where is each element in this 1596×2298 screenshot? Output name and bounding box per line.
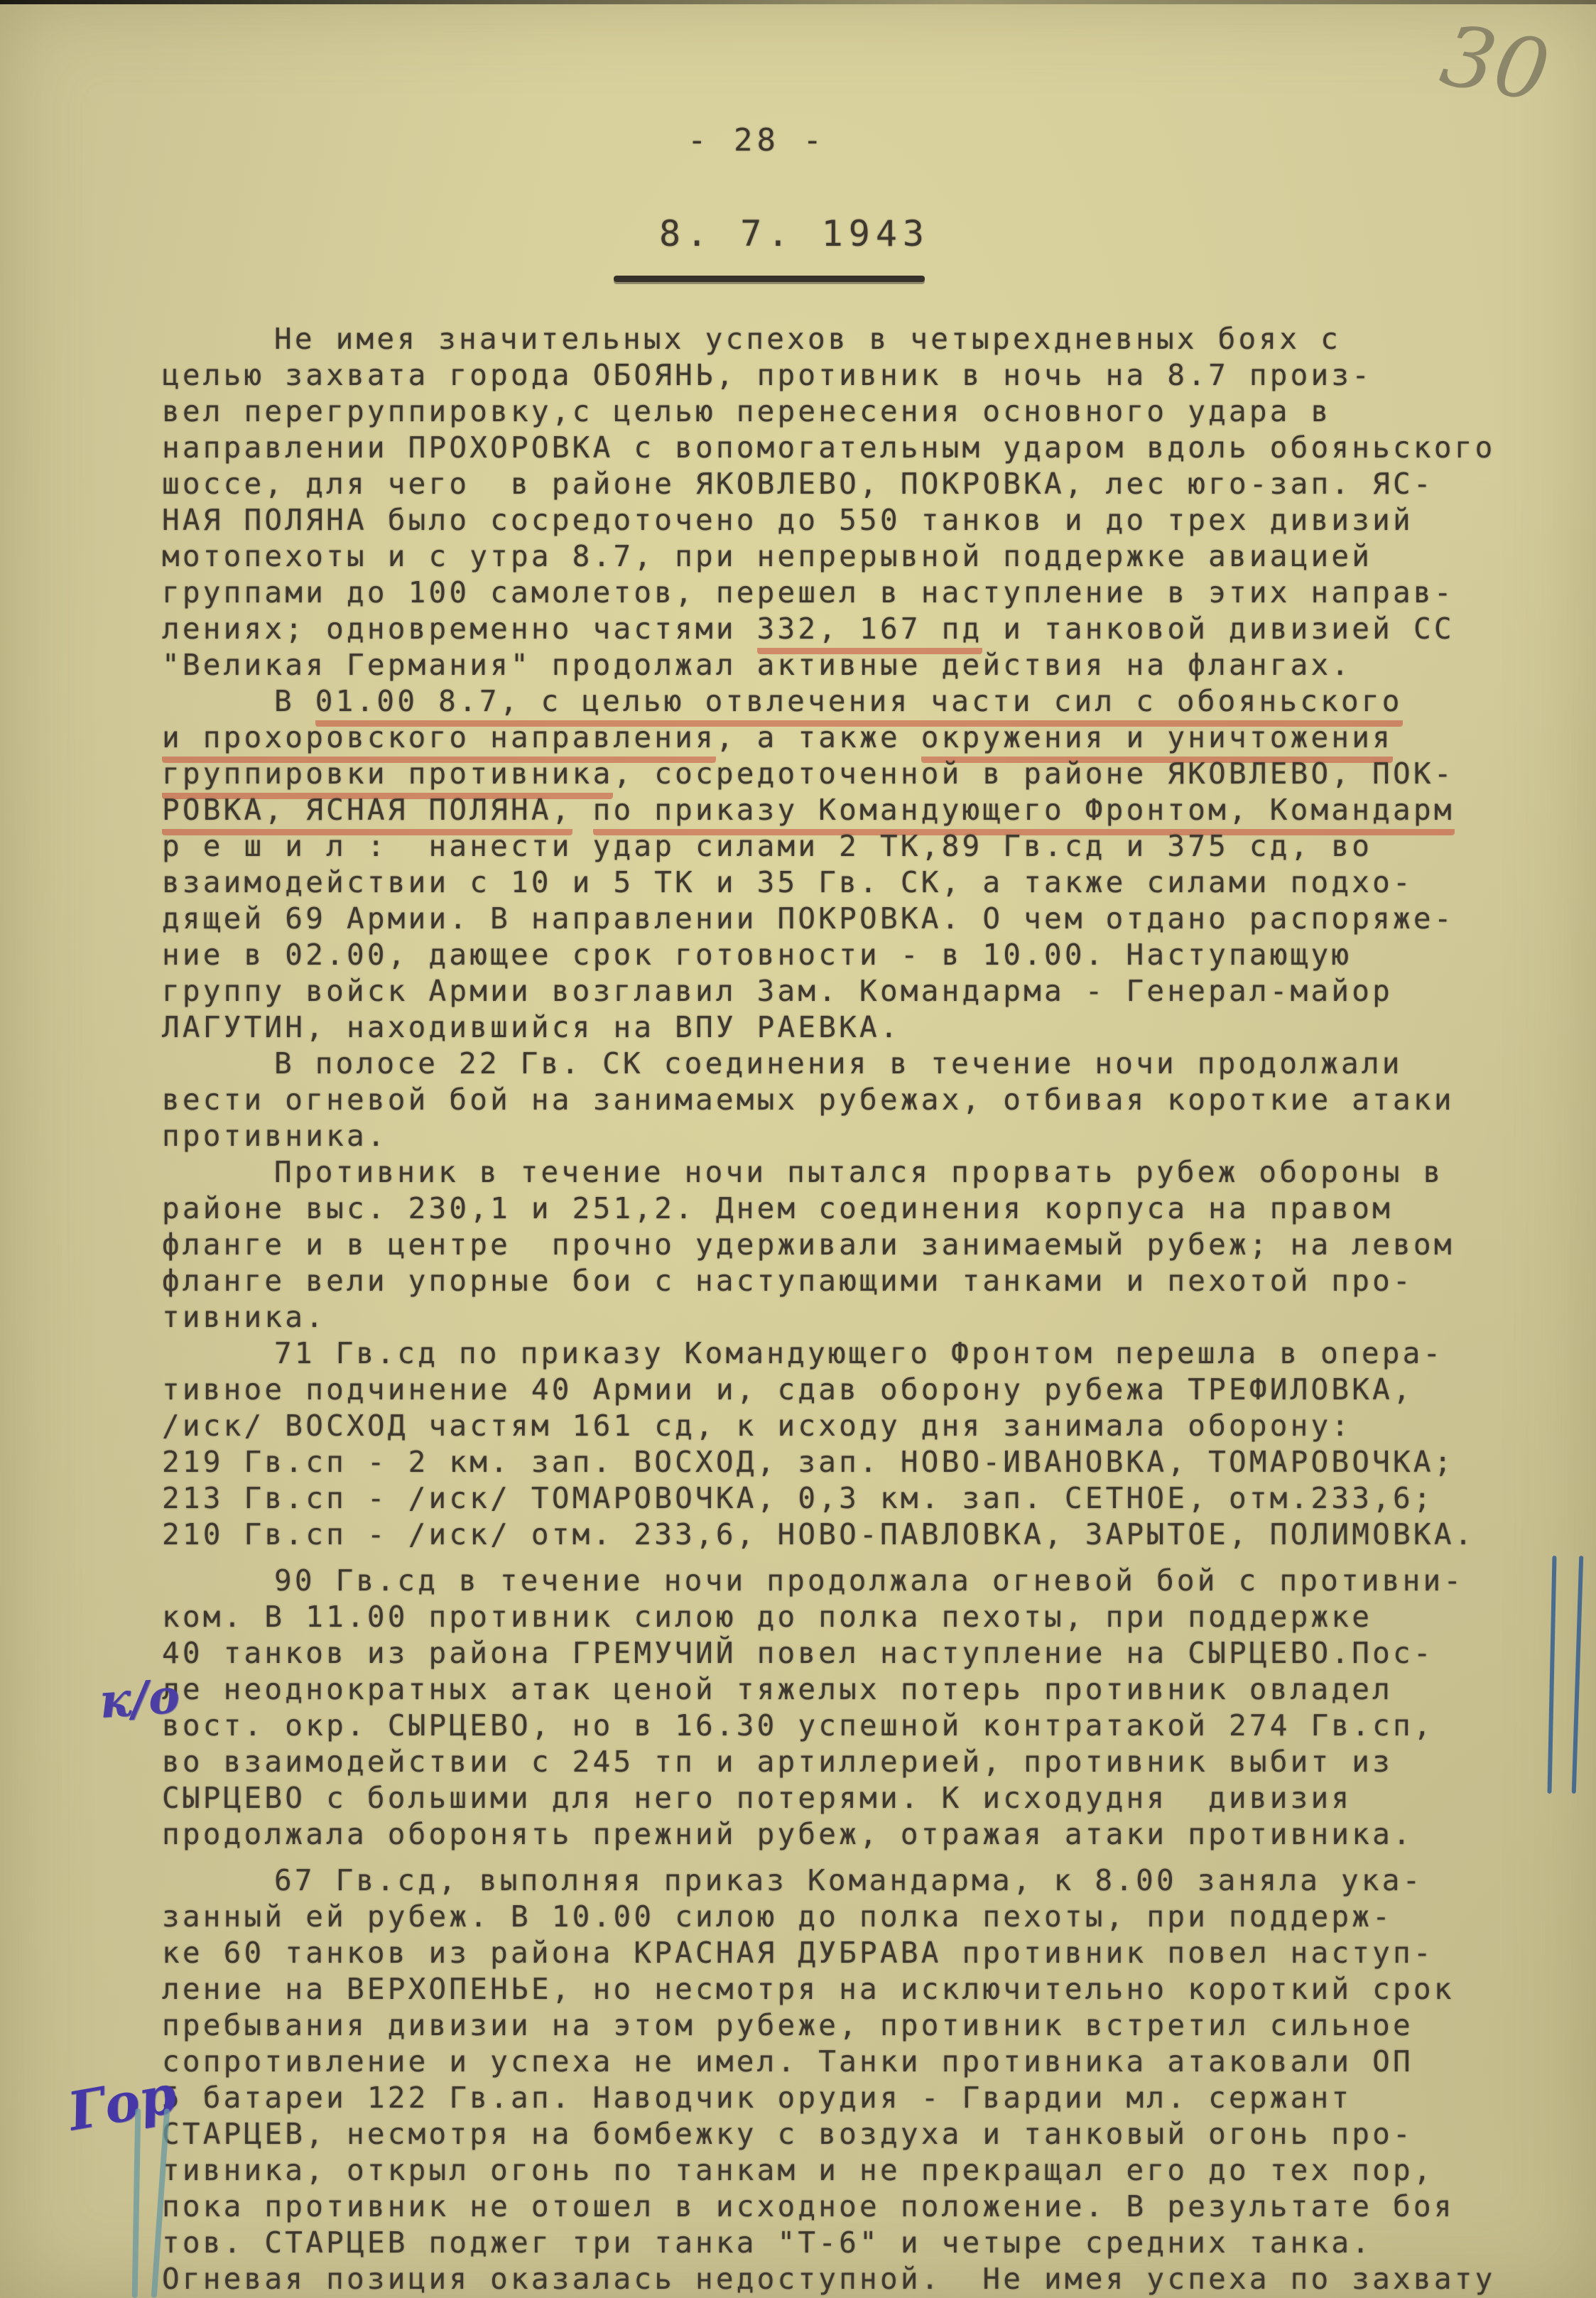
text-line: ке 60 танков из района КРАСНАЯ ДУБРАВА п…	[162, 1935, 1533, 1971]
text-segment: /иск/ ВОСХОД частям 161 сд, к исходу дня…	[162, 1409, 1352, 1443]
text-line: /иск/ ВОСХОД частям 161 сд, к исходу дня…	[162, 1408, 1533, 1444]
text-line: продолжала оборонять прежний рубеж, отра…	[162, 1816, 1533, 1853]
text-line: ние в 02.00, дающее срок готовности - в …	[162, 937, 1533, 973]
text-line: 67 Гв.сд, выполняя приказ Командарма, к …	[162, 1863, 1533, 1899]
text-segment: 210 Гв.сп - /иск/ отм. 233,6, НОВО-ПАВЛО…	[162, 1517, 1475, 1551]
text-line: вести огневой бой на занимаемых рубежах,…	[162, 1082, 1533, 1118]
left-margin-double-line-mark	[134, 2108, 183, 2298]
text-segment: вост. окр. СЫРЦЕВО, но в 16.30 успешной …	[162, 1708, 1434, 1743]
text-segment: 5 батареи 122 Гв.ап. Наводчик орудия - Г…	[162, 2081, 1352, 2115]
text-line: и прохоровского направления, а также окр…	[162, 720, 1533, 756]
text-line: ле неоднократных атак ценой тяжелых поте…	[162, 1671, 1533, 1708]
text-line: фланге и в центре прочно удерживали зани…	[162, 1227, 1533, 1263]
text-segment: тивника, открыл огонь по танкам и не пре…	[162, 2153, 1434, 2187]
text-line: ком. В 11.00 противник силою до полка пе…	[162, 1599, 1533, 1635]
text-line: НАЯ ПОЛЯНА было сосредоточено до 550 тан…	[162, 502, 1533, 538]
text-line: СЫРЦЕВО с большими для него потерями. К …	[162, 1780, 1533, 1816]
text-segment: СТАРЦЕВ, несмотря на бомбежку с воздуха …	[162, 2117, 1413, 2151]
text-segment: Противник в течение ночи пытался прорват…	[274, 1155, 1443, 1189]
text-line: дящей 69 Армии. В направлении ПОКРОВКА. …	[162, 901, 1533, 937]
text-segment: 213 Гв.сп - /иск/ ТОМАРОВОЧКА, 0,3 км. з…	[162, 1481, 1434, 1515]
text-segment: группами до 100 самолетов, перешел в нас…	[162, 575, 1455, 609]
date-underline-rule	[614, 276, 925, 282]
text-segment: тивника.	[162, 1300, 326, 1334]
text-segment: р е ш и л : нанести удар силами 2 ТК,89 …	[162, 829, 1372, 863]
text-line: вел перегруппировку,с целью перенесения …	[162, 394, 1533, 430]
text-line: Не имея значительных успехов в четырехдн…	[162, 321, 1533, 357]
handwritten-margin-note: к/о	[97, 1668, 181, 1729]
text-segment	[572, 793, 593, 827]
text-line: пребывания дивизии на этом рубеже, проти…	[162, 2007, 1533, 2044]
text-segment: противника.	[162, 1119, 388, 1153]
text-segment: целью захвата города ОБОЯНЬ, противник в…	[162, 358, 1372, 392]
text-segment: Огневая позиция оказалась недоступной. Н…	[162, 2262, 1495, 2296]
text-line: РОВКА, ЯСНАЯ ПОЛЯНА, по приказу Командую…	[162, 792, 1533, 828]
margin-stroke	[151, 2108, 170, 2298]
text-line: тивника, открыл огонь по танкам и не пре…	[162, 2152, 1533, 2189]
margin-stroke	[132, 2108, 141, 2298]
text-segment: 67 Гв.сд, выполняя приказ Командарма, к …	[274, 1863, 1423, 1897]
text-segment: тов. СТАРЦЕВ поджег три танка "Т-6" и че…	[162, 2226, 1372, 2260]
text-line: 71 Гв.сд по приказу Командующего Фронтом…	[162, 1335, 1533, 1372]
text-segment: пока противник не отошел в исходное поло…	[162, 2189, 1455, 2223]
text-segment: во взаимодействии с 245 тп и артиллерией…	[162, 1745, 1393, 1779]
text-segment: 40 танков из района ГРЕМУЧИЙ повел насту…	[162, 1636, 1434, 1670]
text-line: р е ш и л : нанести удар силами 2 ТК,89 …	[162, 828, 1533, 865]
text-segment: вести огневой бой на занимаемых рубежах,…	[162, 1083, 1455, 1117]
text-line: тов. СТАРЦЕВ поджег три танка "Т-6" и че…	[162, 2225, 1533, 2261]
text-line: во взаимодействии с 245 тп и артиллерией…	[162, 1744, 1533, 1780]
text-line: группу войск Армии возглавил Зам. Команд…	[162, 973, 1533, 1009]
text-segment: фланге вели упорные бои с наступающими т…	[162, 1264, 1413, 1298]
text-line: вост. окр. СЫРЦЕВО, но в 16.30 успешной …	[162, 1708, 1533, 1744]
report-date: 8. 7. 1943	[659, 213, 930, 254]
margin-stroke	[1547, 1556, 1556, 1794]
text-line: 90 Гв.сд в течение ночи продолжала огнев…	[162, 1563, 1533, 1599]
text-line: СТАРЦЕВ, несмотря на бомбежку с воздуха …	[162, 2116, 1533, 2152]
text-segment: , сосредоточенной в районе ЯКОВЛЕВО, ПОК…	[613, 757, 1454, 791]
text-segment: ление на ВЕРХОПЕНЬЕ, но несмотря на искл…	[162, 1972, 1455, 2006]
text-segment: 90 Гв.сд в течение ночи продолжала огнев…	[274, 1563, 1464, 1598]
text-line: ЛАГУТИН, находившийся на ВПУ РАЕВКА.	[162, 1009, 1533, 1046]
text-line: районе выс. 230,1 и 251,2. Днем соединен…	[162, 1191, 1533, 1227]
text-segment: ле неоднократных атак ценой тяжелых поте…	[162, 1672, 1393, 1706]
text-line: мотопехоты и с утра 8.7, при непрерывной…	[162, 538, 1533, 575]
text-segment: взаимодействии с 10 и 5 ТК и 35 Гв. СК, …	[162, 865, 1413, 899]
scanned-document-page: - 28 - 8. 7. 1943 30 Не имея значительны…	[0, 0, 1596, 2298]
right-margin-double-line-mark	[1547, 1556, 1590, 1794]
text-segment: лениях; одновременно частями	[162, 612, 757, 646]
text-segment: 219 Гв.сп - 2 км. зап. ВОСХОД, зап. НОВО…	[162, 1445, 1455, 1479]
text-segment: дящей 69 Армии. В направлении ПОКРОВКА. …	[162, 901, 1455, 936]
text-line: "Великая Германия" продолжал активные де…	[162, 647, 1533, 683]
text-line: взаимодействии с 10 и 5 ТК и 35 Гв. СК, …	[162, 865, 1533, 901]
text-line: направлении ПРОХОРОВКА с вопомогательным…	[162, 430, 1533, 466]
text-segment: В	[274, 684, 315, 718]
text-segment: Не имея значительных успехов в четырехдн…	[274, 322, 1341, 356]
text-line: Противник в течение ночи пытался прорват…	[162, 1154, 1533, 1191]
text-line: группировки противника, сосредоточенной …	[162, 756, 1533, 792]
text-segment: шоссе, для чего в районе ЯКОВЛЕВО, ПОКРО…	[162, 467, 1434, 501]
text-segment: продолжала оборонять прежний рубеж, отра…	[162, 1817, 1413, 1851]
text-line: ление на ВЕРХОПЕНЬЕ, но несмотря на искл…	[162, 1971, 1533, 2007]
text-line: лениях; одновременно частями 332, 167 пд…	[162, 611, 1533, 647]
text-line: В полосе 22 Гв. СК соединения в течение …	[162, 1046, 1533, 1082]
margin-stroke	[1572, 1556, 1584, 1794]
text-segment: СЫРЦЕВО с большими для него потерями. К …	[162, 1781, 1352, 1815]
text-line: пока противник не отошел в исходное поло…	[162, 2189, 1533, 2225]
text-segment: 71 Гв.сд по приказу Командующего Фронтом…	[274, 1336, 1443, 1370]
text-segment: "Великая Германия" продолжал активные де…	[162, 648, 1352, 682]
text-line: тивное подчинение 40 Армии и, сдав оборо…	[162, 1372, 1533, 1408]
text-segment: ком. В 11.00 противник силою до полка пе…	[162, 1600, 1372, 1634]
text-segment: пребывания дивизии на этом рубеже, проти…	[162, 2008, 1413, 2042]
handwritten-page-number: 30	[1434, 6, 1556, 121]
text-segment: тивное подчинение 40 Армии и, сдав оборо…	[162, 1372, 1413, 1407]
text-segment: сопротивление и успеха не имел. Танки пр…	[162, 2044, 1413, 2079]
text-line: Огневая позиция оказалась недоступной. Н…	[162, 2261, 1533, 2297]
page-number: - 28 -	[688, 122, 826, 158]
text-line: 213 Гв.сп - /иск/ ТОМАРОВОЧКА, 0,3 км. з…	[162, 1480, 1533, 1517]
text-segment: ние в 02.00, дающее срок готовности - в …	[162, 938, 1352, 972]
typed-text: Не имея значительных успехов в четырехдн…	[162, 321, 1533, 2297]
text-line: 219 Гв.сп - 2 км. зап. ВОСХОД, зап. НОВО…	[162, 1444, 1533, 1480]
text-line: 5 батареи 122 Гв.ап. Наводчик орудия - Г…	[162, 2080, 1533, 2116]
text-line: занный ей рубеж. В 10.00 силою до полка …	[162, 1899, 1533, 1935]
text-line: целью захвата города ОБОЯНЬ, противник в…	[162, 357, 1533, 394]
text-segment: группу войск Армии возглавил Зам. Команд…	[162, 974, 1393, 1008]
text-segment: НАЯ ПОЛЯНА было сосредоточено до 550 тан…	[162, 503, 1413, 537]
text-segment: и танковой дивизией СС	[982, 612, 1454, 646]
text-segment: занный ей рубеж. В 10.00 силою до полка …	[162, 1899, 1393, 1934]
text-segment: направлении ПРОХОРОВКА с вопомогательным…	[162, 430, 1495, 465]
text-segment: ЛАГУТИН, находившийся на ВПУ РАЕВКА.	[162, 1010, 901, 1044]
text-line: тивника.	[162, 1299, 1533, 1335]
text-line: шоссе, для чего в районе ЯКОВЛЕВО, ПОКРО…	[162, 466, 1533, 502]
text-line: 40 танков из района ГРЕМУЧИЙ повел насту…	[162, 1635, 1533, 1671]
text-line: 210 Гв.сп - /иск/ отм. 233,6, НОВО-ПАВЛО…	[162, 1517, 1533, 1553]
text-segment: В полосе 22 Гв. СК соединения в течение …	[274, 1046, 1403, 1080]
text-segment: мотопехоты и с утра 8.7, при непрерывной…	[162, 539, 1372, 573]
text-segment: районе выс. 230,1 и 251,2. Днем соединен…	[162, 1191, 1393, 1225]
text-line: противника.	[162, 1118, 1533, 1154]
text-segment: фланге и в центре прочно удерживали зани…	[162, 1227, 1455, 1262]
text-line: фланге вели упорные бои с наступающими т…	[162, 1263, 1533, 1299]
text-line: В 01.00 8.7, с целью отвлечения части си…	[162, 683, 1533, 720]
text-segment: , а также	[716, 720, 921, 754]
text-line: сопротивление и успеха не имел. Танки пр…	[162, 2044, 1533, 2080]
text-segment: вел перегруппировку,с целью перенесения …	[162, 394, 1331, 428]
text-line: группами до 100 самолетов, перешел в нас…	[162, 575, 1533, 611]
text-segment: ке 60 танков из района КРАСНАЯ ДУБРАВА п…	[162, 1936, 1434, 1970]
